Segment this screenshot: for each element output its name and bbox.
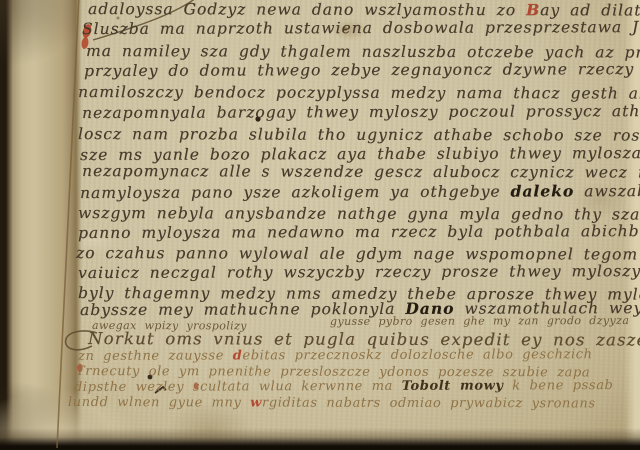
line-text: Sluszba ma naprzoth ustawiena dosbowala … (82, 18, 640, 38)
text-line: namyloysza pano ysze azkoligem ya othgeb… (80, 183, 640, 202)
line-text: przyaley do domu thwego zebye zegnayoncz… (84, 60, 634, 80)
line-text: namyloysza pano ysze azkoligem ya othgeb… (80, 182, 511, 202)
line-text: dipsthe wezley scultata wlua kerwnne ma (74, 379, 402, 395)
text-line: namiloszczy bendocz poczyplyssa medzy na… (78, 85, 640, 102)
line-text: vaiuicz neczgal rothy wszyczby rzeczy pr… (78, 262, 640, 282)
line-text: awszabych (574, 182, 640, 200)
line-text: nezapomynacz alle s wszendze gescz alubo… (82, 162, 640, 182)
line-text: ay ad dilatam (540, 1, 640, 19)
line-text: adaloyssa Godzyz newa dano wszlyamosthu … (88, 0, 526, 19)
text-line: Trnecuty ole ym pnenithe przesloszcze yd… (76, 365, 590, 379)
text-line: sze ms yanle bozo plakacz aya thabe slub… (80, 146, 640, 163)
line-text: lundd wlnen gyue mny (68, 395, 250, 410)
text-line: panno myloysza ma nedawno ma rzecz byla … (78, 224, 640, 241)
line-text: loscz nam prozba slubila tho ugynicz ath… (78, 125, 640, 145)
text-line: wszgym nebyla anysbandze nathge gyna myl… (78, 206, 640, 223)
line-text: ma namiley sza gdy thgalem naszluszba ot… (86, 42, 640, 62)
line-text: rgiditas nabatrs odmiao prywabicz ysrona… (262, 396, 596, 412)
text-line: lundd wlnen gyue mny wrgiditas nabatrs o… (68, 396, 596, 410)
text-line: zo czahus panno wylowal ale gdym nage ws… (76, 246, 638, 263)
line-text: nezapomnyala barzogay thwey myloszy pocz… (82, 102, 640, 122)
red-initial-letter: B (526, 0, 540, 19)
text-line: przyaley do domu thwego zebye zegnayoncz… (84, 62, 634, 79)
emphasized-word: Tobolt mowy (402, 379, 504, 394)
text-line: nezapomnyala barzogay thwey myloszy pocz… (82, 104, 640, 122)
text-line: zn gesthne zauysse debitas przecznoskz d… (78, 348, 593, 363)
text-line: loscz nam prozba slubila tho ugynicz ath… (78, 127, 640, 144)
interlinear-note: gyusse pybro gesen ghe my zan grodo dzyy… (330, 315, 629, 327)
line-text: gyusse pybro gesen ghe my zan grodo dzyy… (330, 314, 629, 328)
emphasized-word: daleko (510, 181, 574, 200)
line-text: k bene pssab (504, 378, 614, 393)
line-text: panno myloysza ma nedawno ma rzecz byla … (78, 222, 640, 242)
red-initial-letter: w (250, 395, 262, 410)
text-line: nezapomynacz alle s wszendze gescz alubo… (82, 164, 640, 181)
line-text: namiloszczy bendocz poczyplyssa medzy na… (78, 83, 640, 103)
line-text: zn gesthne zauysse (78, 348, 233, 364)
text-line: adaloyssa Godzyz newa dano wszlyamosthu … (88, 1, 640, 19)
line-text: wszgym nebyla anysbandze nathge gyna myl… (78, 204, 640, 224)
line-text: zo czahus panno wylowal ale gdym nage ws… (76, 244, 638, 263)
text-line: vaiuicz neczgal rothy wszyczby rzeczy pr… (78, 264, 640, 282)
text-line: ma namiley sza gdy thgalem naszluszba ot… (86, 44, 640, 61)
line-text: sze ms yanle bozo plakacz aya thabe slub… (80, 144, 640, 164)
text-line: dipsthe wezley scultata wlua kerwnne ma … (74, 379, 614, 394)
line-text: ebitas przecznoskz dolozlosche albo gesc… (242, 347, 592, 363)
text-line: Sluszba ma naprzoth ustawiena dosbowala … (82, 20, 640, 38)
